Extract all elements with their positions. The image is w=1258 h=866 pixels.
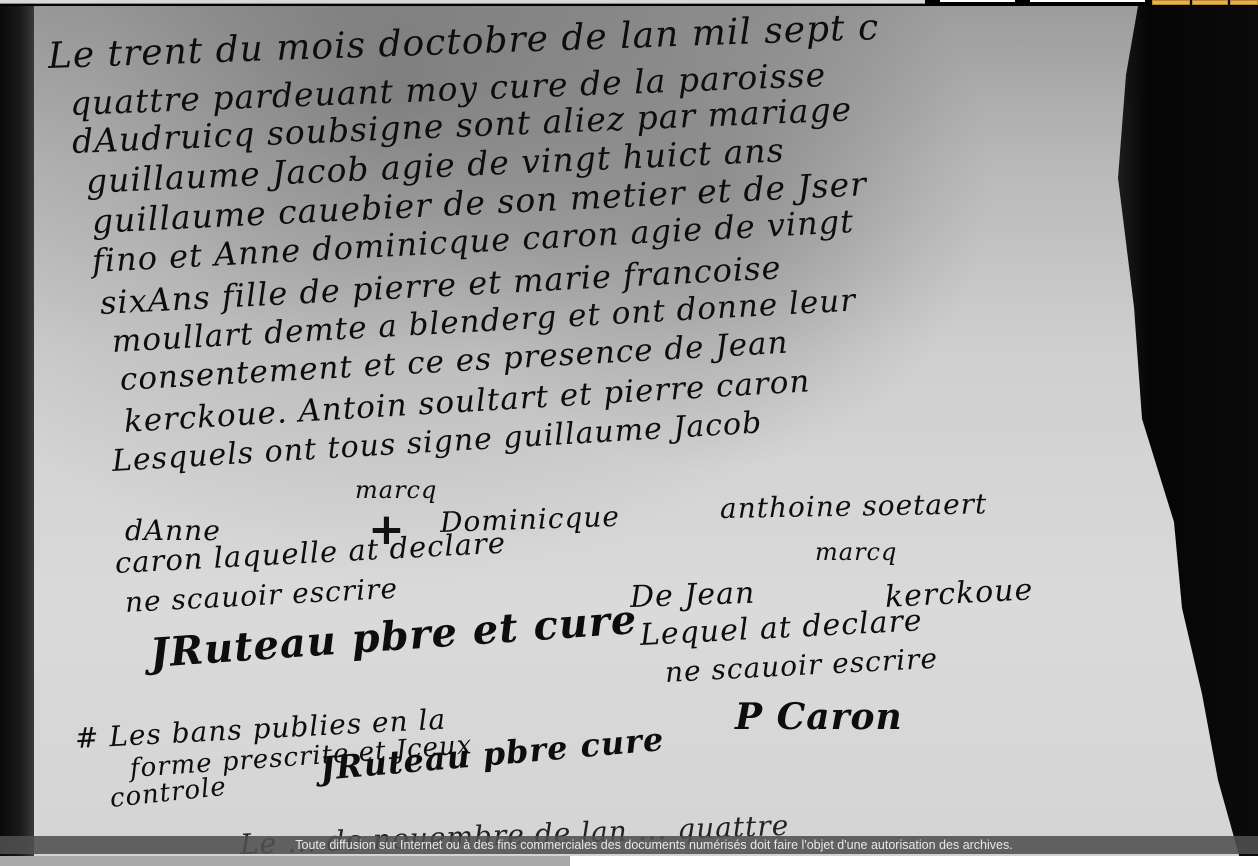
toolbar-input-field[interactable] bbox=[0, 0, 925, 4]
copyright-watermark-banner: Toute diffusion sur Internet ou à des fi… bbox=[0, 836, 1258, 854]
bottom-panel bbox=[570, 856, 1258, 866]
toolbar-button-3[interactable] bbox=[1230, 0, 1258, 5]
toolbar-field-1[interactable] bbox=[940, 0, 1015, 2]
witness-signature-soetaert: anthoine soetaert bbox=[720, 487, 988, 525]
toolbar-field-2[interactable] bbox=[1030, 0, 1145, 2]
document-image-viewer[interactable]: Le trent du mois doctobre de lan mil sep… bbox=[0, 6, 1258, 866]
page-binding-edge bbox=[0, 6, 34, 866]
bottom-scrollbar-track[interactable] bbox=[0, 856, 570, 866]
mark-label-marcq-2: marcq bbox=[815, 538, 897, 566]
caron-signature: P Caron bbox=[735, 696, 903, 738]
toolbar-button-2[interactable] bbox=[1192, 0, 1228, 5]
toolbar-button-1[interactable] bbox=[1152, 0, 1190, 5]
signatory-jean: De Jean bbox=[629, 576, 755, 615]
viewer-toolbar bbox=[0, 0, 1258, 6]
mark-label-marcq: marcq bbox=[355, 476, 437, 504]
